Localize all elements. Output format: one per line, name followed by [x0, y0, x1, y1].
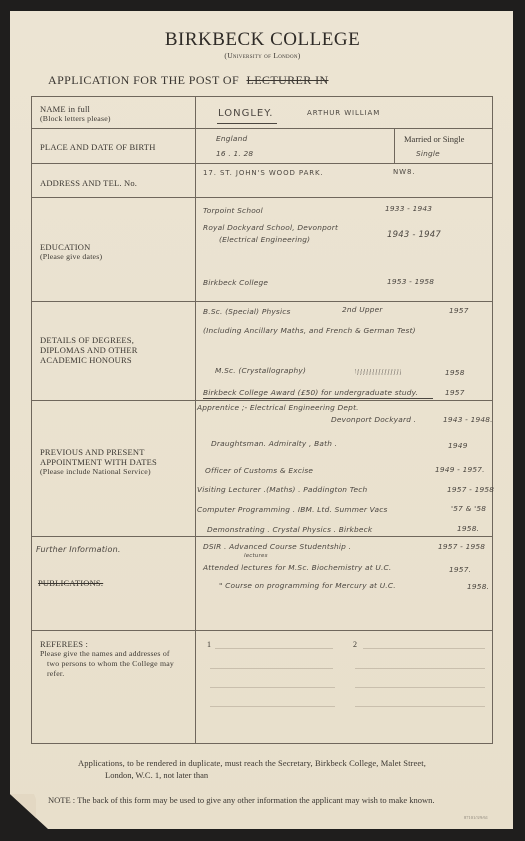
row-degrees: DETAILS OF DEGREES, DIPLOMAS AND OTHER A…	[32, 302, 492, 401]
address-value: 17. ST. JOHN'S WOOD PARK.	[203, 169, 324, 177]
degrees-label-line: DIPLOMAS AND OTHER	[40, 345, 195, 355]
referee-1-number: 1	[207, 640, 211, 649]
referees-instruction-line: two persons to whom the College may	[40, 659, 189, 669]
referee-2-line[interactable]	[363, 648, 485, 649]
row-appointments: PREVIOUS AND PRESENT APPOINTMENT WITH DA…	[32, 401, 492, 537]
college-title: BIRKBECK COLLEGE	[0, 29, 525, 51]
folded-corner	[10, 794, 36, 822]
degree-entry-text: (Including Ancillary Maths, and French &…	[203, 326, 416, 335]
education-entry-school: Royal Dockyard School, Devonport	[203, 223, 338, 232]
degrees-label-line: DETAILS OF DEGREES,	[40, 335, 195, 345]
marital-divider	[394, 129, 395, 163]
forenames-value: ARTHUR WILLIAM	[307, 109, 380, 117]
referees-value-cell: 1 2	[197, 631, 492, 743]
degrees-label-cell: DETAILS OF DEGREES, DIPLOMAS AND OTHER A…	[32, 302, 196, 400]
crossed-out-scribble	[355, 369, 401, 375]
submission-instructions-line1: Applications, to be rendered in duplicat…	[78, 758, 426, 768]
degrees-value-cell[interactable]: B.Sc. (Special) Physics 2nd Upper 1957 (…	[197, 302, 492, 400]
degree-entry-class: 2nd Upper	[342, 305, 383, 314]
college-subtitle: (University of London)	[0, 51, 525, 60]
further-information-label: Further Information.	[36, 545, 121, 555]
row-name: NAME in full (Block letters please) LONG…	[32, 97, 492, 129]
further-entry-text: DSIR . Advanced Course Studentship .	[203, 542, 351, 551]
award-underline	[203, 398, 433, 399]
appointment-entry-text: Apprentice ;- Electrical Engineering Dep…	[197, 403, 359, 412]
address-postcode: NW8.	[393, 168, 415, 176]
application-form-table: NAME in full (Block letters please) LONG…	[31, 96, 493, 744]
name-value-cell[interactable]: LONGLEY. ARTHUR WILLIAM	[197, 97, 492, 128]
education-label-cell: EDUCATION (Please give dates)	[32, 198, 196, 301]
referee-1-line[interactable]	[215, 648, 333, 649]
address-label: ADDRESS AND TEL. No.	[40, 178, 195, 188]
education-entry-school: Birkbeck College	[203, 278, 268, 287]
name-label: NAME in full	[40, 104, 195, 114]
degree-entry-text: B.Sc. (Special) Physics	[203, 307, 291, 316]
appointments-label-line: APPOINTMENT WITH DATES	[40, 457, 195, 467]
appointment-entry-dates: 1949 - 1957.	[435, 465, 485, 474]
further-entry-text: " Course on programming for Mercury at U…	[219, 581, 396, 590]
education-entry-school: Torpoint School	[203, 206, 263, 215]
appointment-entry-text: Visiting Lecturer .(Maths) . Paddington …	[197, 485, 367, 494]
post-prefix: APPLICATION FOR THE POST OF	[48, 73, 239, 87]
degree-entry-text: M.Sc. (Crystallography)	[215, 366, 306, 375]
name-sublabel: (Block letters please)	[40, 114, 195, 124]
row-education: EDUCATION (Please give dates) Torpoint S…	[32, 198, 492, 302]
referee-2-line[interactable]	[355, 706, 485, 707]
appointment-entry-text: Draughtsman. Admiralty , Bath .	[211, 439, 337, 448]
further-entry-text: Attended lectures for M.Sc. Biochemistry…	[203, 563, 391, 572]
appointment-entry-dates: 1958.	[457, 524, 479, 533]
publications-struck-label: PUBLICATIONS.	[38, 578, 103, 588]
referee-1-line[interactable]	[210, 706, 335, 707]
row-further-information: Further Information. PUBLICATIONS. DSIR …	[32, 537, 492, 631]
appointment-entry-dates: 1949	[448, 441, 468, 450]
post-struck-text: LECTURER IN	[246, 73, 328, 87]
birth-date-value: 16 . 1. 28	[216, 149, 253, 158]
further-entry-dates: 1958.	[467, 582, 489, 591]
appointment-entry-text: Officer of Customs & Excise	[205, 466, 313, 475]
appointments-label-line: PREVIOUS AND PRESENT	[40, 447, 195, 457]
appointment-entry-dates: '57 & '58	[451, 504, 486, 513]
education-entry-detail: (Electrical Engineering)	[219, 235, 310, 244]
education-sublabel: (Please give dates)	[40, 252, 195, 262]
degree-entry-year: 1958	[445, 368, 465, 377]
education-label: EDUCATION	[40, 242, 195, 252]
further-entry-insert: lectures	[244, 553, 268, 559]
appointment-entry-text: Computer Programming . IBM. Ltd. Summer …	[197, 505, 388, 514]
marital-value: Single	[416, 149, 440, 158]
back-of-form-note: NOTE : The back of this form may be used…	[48, 795, 435, 805]
address-value-cell[interactable]: 17. ST. JOHN'S WOOD PARK. NW8.	[197, 164, 492, 197]
birth-value-cell[interactable]: England 16 . 1. 28 Married or Single Sin…	[197, 129, 492, 163]
row-address: ADDRESS AND TEL. No. 17. ST. JOHN'S WOOD…	[32, 164, 492, 198]
surname-underline	[217, 123, 277, 124]
further-label-cell: Further Information. PUBLICATIONS.	[32, 537, 196, 630]
appointments-sublabel: (Please include National Service)	[40, 467, 195, 477]
degrees-label-line: ACADEMIC HONOURS	[40, 355, 195, 365]
address-label-cell: ADDRESS AND TEL. No.	[32, 164, 196, 197]
marital-label: Married or Single	[404, 134, 464, 144]
appointments-label-cell: PREVIOUS AND PRESENT APPOINTMENT WITH DA…	[32, 401, 196, 536]
referees-instruction-line: refer.	[40, 669, 189, 679]
referee-2-line[interactable]	[355, 668, 485, 669]
education-value-cell[interactable]: Torpoint School 1933 - 1943 Royal Dockya…	[197, 198, 492, 301]
referees-instruction-line: Please give the names and addresses of	[40, 649, 189, 659]
appointment-entry-dates: 1957 - 1958	[447, 485, 494, 494]
birth-place-value: England	[216, 134, 247, 143]
education-entry-dates: 1933 - 1943	[385, 204, 432, 213]
post-heading: APPLICATION FOR THE POST OF LECTURER IN	[48, 73, 329, 88]
row-referees: REFEREES : Please give the names and add…	[32, 631, 492, 743]
appointment-entry-text: Demonstrating . Crystal Physics . Birkbe…	[207, 525, 372, 534]
further-value-cell[interactable]: DSIR . Advanced Course Studentship . 195…	[197, 537, 492, 630]
appointment-entry-dates: 1943 - 1948.	[443, 415, 493, 424]
degree-entry-year: 1957	[445, 388, 465, 397]
education-entry-dates: 1953 - 1958	[387, 277, 434, 286]
birth-label-cell: PLACE AND DATE OF BIRTH	[32, 129, 196, 163]
education-entry-dates: 1943 - 1947	[387, 230, 441, 240]
surname-value: LONGLEY.	[218, 108, 273, 119]
birth-label: PLACE AND DATE OF BIRTH	[40, 142, 195, 152]
referee-2-number: 2	[353, 640, 357, 649]
submission-instructions-line2: London, W.C. 1, not later than	[105, 770, 208, 780]
referee-1-line[interactable]	[210, 668, 333, 669]
degree-entry-year: 1957	[449, 306, 469, 315]
appointment-entry-text2: Devonport Dockyard .	[331, 415, 416, 424]
further-entry-dates: 1957 - 1958	[438, 542, 485, 551]
referee-2-line[interactable]	[355, 687, 485, 688]
referees-label: REFEREES :	[40, 639, 189, 649]
referees-label-cell: REFEREES : Please give the names and add…	[32, 631, 196, 743]
further-entry-dates: 1957.	[449, 565, 471, 574]
degree-entry-text: Birkbeck College Award (£50) for undergr…	[203, 388, 418, 397]
appointments-value-cell[interactable]: Apprentice ;- Electrical Engineering Dep…	[197, 401, 492, 536]
referee-1-line[interactable]	[210, 687, 335, 688]
form-print-code: 87101/3/9/61	[464, 815, 488, 820]
name-label-cell: NAME in full (Block letters please)	[32, 97, 196, 128]
row-birth: PLACE AND DATE OF BIRTH England 16 . 1. …	[32, 129, 492, 164]
